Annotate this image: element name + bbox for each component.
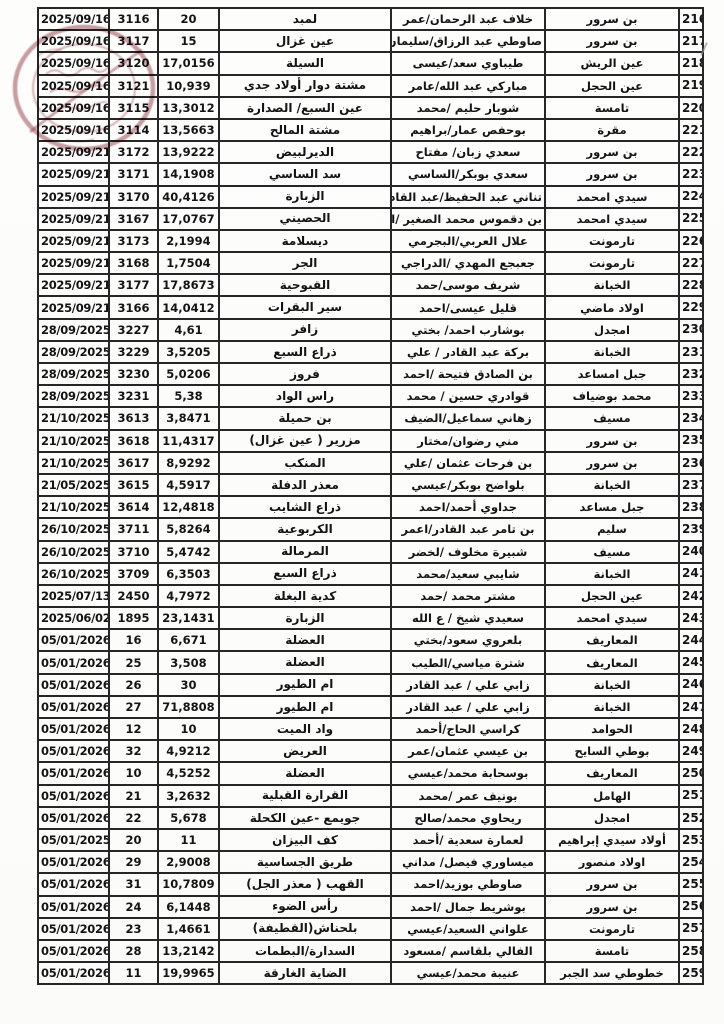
table-row: 2025/09/16 3114 13,5663 مشتة المالح بوحف… bbox=[38, 119, 703, 141]
cell-file-number: 27 bbox=[109, 696, 158, 718]
cell-owner-name: بن فرحات عثمان /علي bbox=[391, 452, 545, 474]
cell-area-value: 3,2632 bbox=[158, 785, 219, 807]
cell-row-number: 238 bbox=[679, 496, 703, 518]
table-row: 2025/09/21 3167 17,0767 الحصيني بن دقموس… bbox=[38, 208, 703, 230]
cell-owner-name: تناني عبد الحفيظ/عبد القادر bbox=[391, 186, 545, 208]
cell-commune: سليم bbox=[545, 518, 679, 540]
cell-place: طريق الجساسية bbox=[219, 851, 391, 873]
cell-place: الضاية الغارقة bbox=[219, 962, 391, 984]
cell-commune: سيدي امحمد bbox=[545, 208, 679, 230]
cell-file-number: 3121 bbox=[109, 75, 158, 97]
cell-owner-name: مشتر محمد /حمد bbox=[391, 585, 545, 607]
cell-row-number: 227 bbox=[679, 252, 703, 274]
table-row: 21/05/2025 3615 4,5917 معذر الدفلة بلواض… bbox=[38, 474, 703, 496]
cell-date: 05/01/2026 bbox=[38, 696, 109, 718]
cell-area-value: 6,3503 bbox=[158, 563, 219, 585]
cell-place: مزرير ( عين غزال) bbox=[219, 430, 391, 452]
cell-date: 26/10/2025 bbox=[38, 541, 109, 563]
cell-area-value: 10,7809 bbox=[158, 873, 219, 895]
cell-commune: المعاريف bbox=[545, 762, 679, 784]
cell-place: المنكب bbox=[219, 452, 391, 474]
cell-date: 05/01/2026 bbox=[38, 674, 109, 696]
cell-file-number: 3173 bbox=[109, 230, 158, 252]
cell-area-value: 10 bbox=[158, 718, 219, 740]
cell-row-number: 236 bbox=[679, 452, 703, 474]
cell-owner-name: بن عيسي عثمان/عمر bbox=[391, 740, 545, 762]
table-row: 2025/09/16 3116 20 لمبد خلاف عبد الرحمان… bbox=[38, 8, 703, 30]
table-row: 05/01/2026 23 1,4661 بلحناش(القطيفة) علو… bbox=[38, 918, 703, 940]
table-row: 21/10/2025 3613 3,8471 بن حميلة زهاني سم… bbox=[38, 407, 703, 429]
cell-commune: مسيف bbox=[545, 541, 679, 563]
cell-file-number: 3230 bbox=[109, 363, 158, 385]
cell-commune: بن سرور bbox=[545, 8, 679, 30]
cell-file-number: 3710 bbox=[109, 541, 158, 563]
cell-commune: الخبانة bbox=[545, 474, 679, 496]
cell-file-number: 2450 bbox=[109, 585, 158, 607]
cell-commune: تارمونت bbox=[545, 918, 679, 940]
cell-commune: مسيف bbox=[545, 407, 679, 429]
cell-date: 21/10/2025 bbox=[38, 452, 109, 474]
cell-file-number: 16 bbox=[109, 629, 158, 651]
cell-row-number: 245 bbox=[679, 651, 703, 673]
table-row: 2025/09/21 3173 2,1994 ديسلامة علال العر… bbox=[38, 230, 703, 252]
cell-commune: تارمونت bbox=[545, 252, 679, 274]
table-row: 2025/09/21 3166 14,0412 سير البقرات قليل… bbox=[38, 296, 703, 318]
cell-date: 21/10/2025 bbox=[38, 496, 109, 518]
cell-owner-name: بوشارب احمد/ بختي bbox=[391, 319, 545, 341]
table-row: 28/09/2025 3231 5,38 راس الواد قوادري حس… bbox=[38, 385, 703, 407]
cell-owner-name: سعدي بوبكر/الساسي bbox=[391, 163, 545, 185]
cell-row-number: 259 bbox=[679, 962, 703, 984]
cell-row-number: 222 bbox=[679, 141, 703, 163]
cell-file-number: 3114 bbox=[109, 119, 158, 141]
cell-area-value: 13,9222 bbox=[158, 141, 219, 163]
cell-area-value: 12,4818 bbox=[158, 496, 219, 518]
cell-place: جويمع -عين الكحلة bbox=[219, 807, 391, 829]
cell-owner-name: بن دقموس محمد الصغير /امحمد bbox=[391, 208, 545, 230]
cell-row-number: 225 bbox=[679, 208, 703, 230]
cell-owner-name: قليل عيسى/احمد bbox=[391, 296, 545, 318]
table-row: 05/01/2026 31 10,7809 القهب ( معذر الجل)… bbox=[38, 873, 703, 895]
cell-date: 05/01/2026 bbox=[38, 785, 109, 807]
cell-file-number: 21 bbox=[109, 785, 158, 807]
cell-owner-name: زهاني سماعيل/الضيف bbox=[391, 407, 545, 429]
cell-commune: بن سرور bbox=[545, 452, 679, 474]
cell-commune: الخبانة bbox=[545, 274, 679, 296]
table-row: 05/01/2026 26 30 ام الطيور زابي علي / عب… bbox=[38, 674, 703, 696]
cell-area-value: 17,0156 bbox=[158, 52, 219, 74]
cell-file-number: 3166 bbox=[109, 296, 158, 318]
cell-date: 05/01/2026 bbox=[38, 718, 109, 740]
cell-date: 05/01/2026 bbox=[38, 873, 109, 895]
cell-date: 05/01/2026 bbox=[38, 762, 109, 784]
cell-row-number: 240 bbox=[679, 541, 703, 563]
cell-owner-name: قوادري حسين / محمد bbox=[391, 385, 545, 407]
cell-date: 2025/09/21 bbox=[38, 252, 109, 274]
cell-file-number: 3116 bbox=[109, 8, 158, 30]
cell-date: 05/01/2026 bbox=[38, 807, 109, 829]
cell-place: الجر bbox=[219, 252, 391, 274]
records-table: 2025/09/16 3116 20 لمبد خلاف عبد الرحمان… bbox=[37, 7, 704, 985]
cell-file-number: 3177 bbox=[109, 274, 158, 296]
table-row: 05/01/2026 29 2,9008 طريق الجساسية ميساو… bbox=[38, 851, 703, 873]
cell-date: 2025/09/16 bbox=[38, 30, 109, 52]
cell-file-number: 28 bbox=[109, 940, 158, 962]
cell-date: 2025/09/21 bbox=[38, 274, 109, 296]
cell-area-value: 3,508 bbox=[158, 651, 219, 673]
cell-row-number: 243 bbox=[679, 607, 703, 629]
cell-area-value: 13,2142 bbox=[158, 940, 219, 962]
cell-date: 05/01/2026 bbox=[38, 851, 109, 873]
cell-commune: امجدل bbox=[545, 319, 679, 341]
cell-row-number: 252 bbox=[679, 807, 703, 829]
cell-date: 2025/09/16 bbox=[38, 97, 109, 119]
cell-row-number: 229 bbox=[679, 296, 703, 318]
cell-commune: عين الحجل bbox=[545, 75, 679, 97]
cell-file-number: 26 bbox=[109, 674, 158, 696]
cell-place: بن حميلة bbox=[219, 407, 391, 429]
cell-owner-name: شبيرة مخلوف /لخضر bbox=[391, 541, 545, 563]
cell-file-number: 3231 bbox=[109, 385, 158, 407]
cell-commune: الخبانة bbox=[545, 341, 679, 363]
cell-place: السيلة bbox=[219, 52, 391, 74]
cell-commune: الهامل bbox=[545, 785, 679, 807]
cell-area-value: 5,0206 bbox=[158, 363, 219, 385]
cell-place: لمبد bbox=[219, 8, 391, 30]
table-row: 05/01/2026 27 71,8808 ام الطيور زابي علي… bbox=[38, 696, 703, 718]
cell-file-number: 20 bbox=[109, 829, 158, 851]
table-row: 21/10/2025 3617 8,9292 المنكب بن فرحات ع… bbox=[38, 452, 703, 474]
cell-row-number: 219 bbox=[679, 75, 703, 97]
cell-area-value: 10,939 bbox=[158, 75, 219, 97]
cell-row-number: 221 bbox=[679, 119, 703, 141]
cell-commune: المعاريف bbox=[545, 651, 679, 673]
cell-place: ام الطيور bbox=[219, 674, 391, 696]
table-row: 21/10/2025 3618 11,4317 مزرير ( عين غزال… bbox=[38, 430, 703, 452]
cell-owner-name: علواني السعيد/عيسي bbox=[391, 918, 545, 940]
cell-commune: تارمونت bbox=[545, 230, 679, 252]
cell-date: 2025/09/21 bbox=[38, 296, 109, 318]
cell-row-number: 248 bbox=[679, 718, 703, 740]
cell-file-number: 24 bbox=[109, 896, 158, 918]
table-row: 2025/06/02 1895 23,1431 الزبارة سعيدي شي… bbox=[38, 607, 703, 629]
cell-commune: تامسة bbox=[545, 97, 679, 119]
cell-commune: سيدي امحمد bbox=[545, 186, 679, 208]
cell-row-number: 257 bbox=[679, 918, 703, 940]
cell-area-value: 20 bbox=[158, 8, 219, 30]
table-row: 2025/09/16 3120 17,0156 السيلة طيباوي سع… bbox=[38, 52, 703, 74]
cell-area-value: 2,1994 bbox=[158, 230, 219, 252]
cell-file-number: 3117 bbox=[109, 30, 158, 52]
cell-row-number: 220 bbox=[679, 97, 703, 119]
cell-place: الزبارة bbox=[219, 607, 391, 629]
cell-row-number: 224 bbox=[679, 186, 703, 208]
cell-area-value: 5,678 bbox=[158, 807, 219, 829]
cell-date: 21/10/2025 bbox=[38, 430, 109, 452]
cell-file-number: 3613 bbox=[109, 407, 158, 429]
table-row: 05/01/2026 28 13,2142 السدارة/البطمات ال… bbox=[38, 940, 703, 962]
cell-date: 21/10/2025 bbox=[38, 407, 109, 429]
cell-file-number: 25 bbox=[109, 651, 158, 673]
table-row: 28/09/2025 3230 5,0206 فروز بن الصادق فت… bbox=[38, 363, 703, 385]
table-row: 05/01/2026 11 19,9965 الضاية الغارقة عني… bbox=[38, 962, 703, 984]
cell-date: 05/01/2026 bbox=[38, 962, 109, 984]
cell-file-number: 3709 bbox=[109, 563, 158, 585]
cell-row-number: 231 bbox=[679, 341, 703, 363]
cell-row-number: 234 bbox=[679, 407, 703, 429]
cell-file-number: 3172 bbox=[109, 141, 158, 163]
cell-date: 28/09/2025 bbox=[38, 385, 109, 407]
cell-owner-name: بن الصادق فتيحة /احمد bbox=[391, 363, 545, 385]
cell-file-number: 3171 bbox=[109, 163, 158, 185]
cell-owner-name: بن تامر عبد القادر/اعمر bbox=[391, 518, 545, 540]
cell-file-number: 3115 bbox=[109, 97, 158, 119]
cell-date: 05/01/2026 bbox=[38, 918, 109, 940]
cell-area-value: 13,3012 bbox=[158, 97, 219, 119]
cell-file-number: 23 bbox=[109, 918, 158, 940]
cell-area-value: 6,1448 bbox=[158, 896, 219, 918]
cell-file-number: 3711 bbox=[109, 518, 158, 540]
cell-area-value: 71,8808 bbox=[158, 696, 219, 718]
cell-date: 2025/09/16 bbox=[38, 75, 109, 97]
cell-file-number: 10 bbox=[109, 762, 158, 784]
cell-commune: امجدل bbox=[545, 807, 679, 829]
table-row: 2025/09/21 3172 13,9222 الديرلبيض سعدي ز… bbox=[38, 141, 703, 163]
cell-row-number: 228 bbox=[679, 274, 703, 296]
cell-area-value: 11 bbox=[158, 829, 219, 851]
cell-area-value: 5,4742 bbox=[158, 541, 219, 563]
cell-commune: الخبانة bbox=[545, 563, 679, 585]
cell-area-value: 8,9292 bbox=[158, 452, 219, 474]
cell-owner-name: شترة مياسي/الطيب bbox=[391, 651, 545, 673]
cell-commune: عين الحجل bbox=[545, 585, 679, 607]
cell-area-value: 4,7972 bbox=[158, 585, 219, 607]
cell-row-number: 223 bbox=[679, 163, 703, 185]
cell-place: مشتة المالح bbox=[219, 119, 391, 141]
cell-row-number: 244 bbox=[679, 629, 703, 651]
cell-row-number: 241 bbox=[679, 563, 703, 585]
cell-commune: الخبانة bbox=[545, 674, 679, 696]
cell-commune: مقرة bbox=[545, 119, 679, 141]
cell-place: الزبارة bbox=[219, 186, 391, 208]
cell-row-number: 217 bbox=[679, 30, 703, 52]
cell-commune: الحوامد bbox=[545, 718, 679, 740]
cell-place: العضلة bbox=[219, 762, 391, 784]
cell-owner-name: جداوي أحمد/احمد bbox=[391, 496, 545, 518]
table-row: 05/01/2026 12 10 واد الميت كراسي الحاج/أ… bbox=[38, 718, 703, 740]
cell-owner-name: صاوطي عبد الرزاق/سليمان bbox=[391, 30, 545, 52]
cell-date: 21/05/2025 bbox=[38, 474, 109, 496]
cell-file-number: 3168 bbox=[109, 252, 158, 274]
table-row: 2025/09/21 3171 14,1908 سد الساسي سعدي ب… bbox=[38, 163, 703, 185]
cell-area-value: 4,61 bbox=[158, 319, 219, 341]
document-page: 2025/09/16 3116 20 لمبد خلاف عبد الرحمان… bbox=[0, 0, 724, 1024]
cell-owner-name: عنيبة محمد/عيسي bbox=[391, 962, 545, 984]
cell-place: الديرلبيض bbox=[219, 141, 391, 163]
cell-commune: سيدي امحمد bbox=[545, 607, 679, 629]
cell-area-value: 5,38 bbox=[158, 385, 219, 407]
table-row: 26/10/2025 3709 6,3503 ذراع السبع شايبي … bbox=[38, 563, 703, 585]
table-row: 05/01/2026 32 4,9212 العريض بن عيسي عثما… bbox=[38, 740, 703, 762]
cell-commune: أولاد سيدي إبراهيم bbox=[545, 829, 679, 851]
cell-area-value: 15 bbox=[158, 30, 219, 52]
cell-area-value: 17,0767 bbox=[158, 208, 219, 230]
cell-date: 05/01/2026 bbox=[38, 896, 109, 918]
cell-date: 2025/06/02 bbox=[38, 607, 109, 629]
table-row: 05/01/2026 10 4,5252 العضلة بوسحابة محمد… bbox=[38, 762, 703, 784]
cell-place: بلحناش(القطيفة) bbox=[219, 918, 391, 940]
cell-row-number: 255 bbox=[679, 873, 703, 895]
cell-area-value: 11,4317 bbox=[158, 430, 219, 452]
cell-owner-name: خلاف عبد الرحمان/عمر bbox=[391, 8, 545, 30]
cell-area-value: 4,9212 bbox=[158, 740, 219, 762]
cell-row-number: 254 bbox=[679, 851, 703, 873]
cell-owner-name: بلعروي سعود/بختي bbox=[391, 629, 545, 651]
cell-row-number: 237 bbox=[679, 474, 703, 496]
cell-file-number: 3167 bbox=[109, 208, 158, 230]
cell-owner-name: الفالي بلقاسم /مسعود bbox=[391, 940, 545, 962]
cell-place: ام الطيور bbox=[219, 696, 391, 718]
cell-date: 26/10/2025 bbox=[38, 518, 109, 540]
cell-row-number: 258 bbox=[679, 940, 703, 962]
cell-file-number: 1895 bbox=[109, 607, 158, 629]
table-row: 28/09/2025 3227 4,61 زافر بوشارب احمد/ ب… bbox=[38, 319, 703, 341]
cell-owner-name: سعدي زبان/ مفتاح bbox=[391, 141, 545, 163]
cell-commune: بن سرور bbox=[545, 141, 679, 163]
cell-place: فروز bbox=[219, 363, 391, 385]
cell-row-number: 216 bbox=[679, 8, 703, 30]
cell-place: عين السبع/ الصدارة bbox=[219, 97, 391, 119]
cell-commune: جبل امساعد bbox=[545, 363, 679, 385]
table-row: 28/09/2025 3229 3,5205 ذراع السبع بركة ع… bbox=[38, 341, 703, 363]
cell-row-number: 256 bbox=[679, 896, 703, 918]
cell-owner-name: بونيف عمر /محمد bbox=[391, 785, 545, 807]
cell-place: العريض bbox=[219, 740, 391, 762]
cell-date: 2025/09/16 bbox=[38, 8, 109, 30]
table-row: 05/01/2026 21 3,2632 القرارة القبلية بون… bbox=[38, 785, 703, 807]
table-row: 2025/09/16 3117 15 عين غزال صاوطي عبد ال… bbox=[38, 30, 703, 52]
cell-file-number: 29 bbox=[109, 851, 158, 873]
cell-file-number: 31 bbox=[109, 873, 158, 895]
table-row: 2025/09/21 3170 40,4126 الزبارة تناني عب… bbox=[38, 186, 703, 208]
cell-row-number: 250 bbox=[679, 762, 703, 784]
cell-area-value: 19,9965 bbox=[158, 962, 219, 984]
cell-file-number: 32 bbox=[109, 740, 158, 762]
table-row: 2025/09/16 3115 13,3012 عين السبع/ الصدا… bbox=[38, 97, 703, 119]
cell-commune: عين الريش bbox=[545, 52, 679, 74]
cell-commune: خطوطي سد الجبر bbox=[545, 962, 679, 984]
table-row: 2025/09/21 3168 1,7504 الجر جعبجع المهدي… bbox=[38, 252, 703, 274]
cell-commune: اولاد منصور bbox=[545, 851, 679, 873]
cell-owner-name: مني رضوان/مختار bbox=[391, 430, 545, 452]
table-row: 05/01/2026 22 5,678 جويمع -عين الكحلة ري… bbox=[38, 807, 703, 829]
cell-row-number: 230 bbox=[679, 319, 703, 341]
cell-area-value: 3,8471 bbox=[158, 407, 219, 429]
cell-area-value: 1,4661 bbox=[158, 918, 219, 940]
cell-row-number: 247 bbox=[679, 696, 703, 718]
cell-commune: المعاريف bbox=[545, 629, 679, 651]
cell-file-number: 3227 bbox=[109, 319, 158, 341]
table-row: 2025/07/13 2450 4,7972 كدية البغلة مشتر … bbox=[38, 585, 703, 607]
cell-owner-name: ريحاوي محمد/صالح bbox=[391, 807, 545, 829]
cell-commune: جبل مساعد bbox=[545, 496, 679, 518]
cell-commune: بن سرور bbox=[545, 163, 679, 185]
cell-file-number: 3170 bbox=[109, 186, 158, 208]
cell-area-value: 3,5205 bbox=[158, 341, 219, 363]
cell-owner-name: بوسحابة محمد/عيسي bbox=[391, 762, 545, 784]
cell-date: 05/01/2026 bbox=[38, 740, 109, 762]
cell-owner-name: بوحفص عمار/براهيم bbox=[391, 119, 545, 141]
cell-place: سير البقرات bbox=[219, 296, 391, 318]
cell-date: 2025/09/16 bbox=[38, 119, 109, 141]
cell-commune: بن سرور bbox=[545, 30, 679, 52]
cell-place: راس الواد bbox=[219, 385, 391, 407]
cell-commune: بن سرور bbox=[545, 873, 679, 895]
cell-date: 05/01/2026 bbox=[38, 651, 109, 673]
table-row: 05/01/2026 24 6,1448 رأس الضوء بوشريط جم… bbox=[38, 896, 703, 918]
cell-owner-name: زابي علي / عبد القادر bbox=[391, 674, 545, 696]
cell-date: 2025/07/13 bbox=[38, 585, 109, 607]
cell-place: زافر bbox=[219, 319, 391, 341]
cell-date: 2025/09/21 bbox=[38, 230, 109, 252]
cell-owner-name: بلواضح بوبكر/عيسي bbox=[391, 474, 545, 496]
cell-owner-name: صاوطي بوزيد/احمد bbox=[391, 873, 545, 895]
cell-place: ذراع الشايب bbox=[219, 496, 391, 518]
cell-place: الكربوعية bbox=[219, 518, 391, 540]
cell-area-value: 4,5917 bbox=[158, 474, 219, 496]
table-row: 05/01/2026 25 3,508 العضلة شترة مياسي/ال… bbox=[38, 651, 703, 673]
cell-owner-name: ميساوري فيصل/ مداني bbox=[391, 851, 545, 873]
cell-place: العضلة bbox=[219, 629, 391, 651]
cell-place: العضلة bbox=[219, 651, 391, 673]
cell-file-number: 3618 bbox=[109, 430, 158, 452]
cell-row-number: 251 bbox=[679, 785, 703, 807]
cell-row-number: 226 bbox=[679, 230, 703, 252]
cell-place: واد الميت bbox=[219, 718, 391, 740]
cell-commune: الخبانة bbox=[545, 696, 679, 718]
cell-owner-name: شايبي سعيد/محمد bbox=[391, 563, 545, 585]
cell-date: 28/09/2025 bbox=[38, 341, 109, 363]
cell-commune: بن سرور bbox=[545, 430, 679, 452]
cell-row-number: 249 bbox=[679, 740, 703, 762]
cell-area-value: 40,4126 bbox=[158, 186, 219, 208]
cell-place: ذراع السبع bbox=[219, 341, 391, 363]
cell-date: 2025/09/21 bbox=[38, 186, 109, 208]
cell-owner-name: شوبار حليم /محمد bbox=[391, 97, 545, 119]
cell-place: القبوحية bbox=[219, 274, 391, 296]
cell-place: كف البيزان bbox=[219, 829, 391, 851]
cell-row-number: 253 bbox=[679, 829, 703, 851]
cell-file-number: 11 bbox=[109, 962, 158, 984]
cell-date: 2025/09/21 bbox=[38, 208, 109, 230]
cell-area-value: 6,671 bbox=[158, 629, 219, 651]
cell-area-value: 1,7504 bbox=[158, 252, 219, 274]
cell-area-value: 5,8264 bbox=[158, 518, 219, 540]
cell-place: رأس الضوء bbox=[219, 896, 391, 918]
cell-date: 2025/09/21 bbox=[38, 163, 109, 185]
cell-file-number: 3617 bbox=[109, 452, 158, 474]
cell-owner-name: كراسي الحاج/أحمد bbox=[391, 718, 545, 740]
cell-area-value: 13,5663 bbox=[158, 119, 219, 141]
cell-place: ديسلامة bbox=[219, 230, 391, 252]
table-row: 21/10/2025 3614 12,4818 ذراع الشايب جداو… bbox=[38, 496, 703, 518]
table-row: 26/10/2025 3711 5,8264 الكربوعية بن تامر… bbox=[38, 518, 703, 540]
cell-date: 05/01/2026 bbox=[38, 940, 109, 962]
cell-file-number: 3120 bbox=[109, 52, 158, 74]
cell-date: 05/01/2025 bbox=[38, 829, 109, 851]
table-row: 05/01/2025 20 11 كف البيزان لعمارة سعدية… bbox=[38, 829, 703, 851]
cell-area-value: 17,8673 bbox=[158, 274, 219, 296]
